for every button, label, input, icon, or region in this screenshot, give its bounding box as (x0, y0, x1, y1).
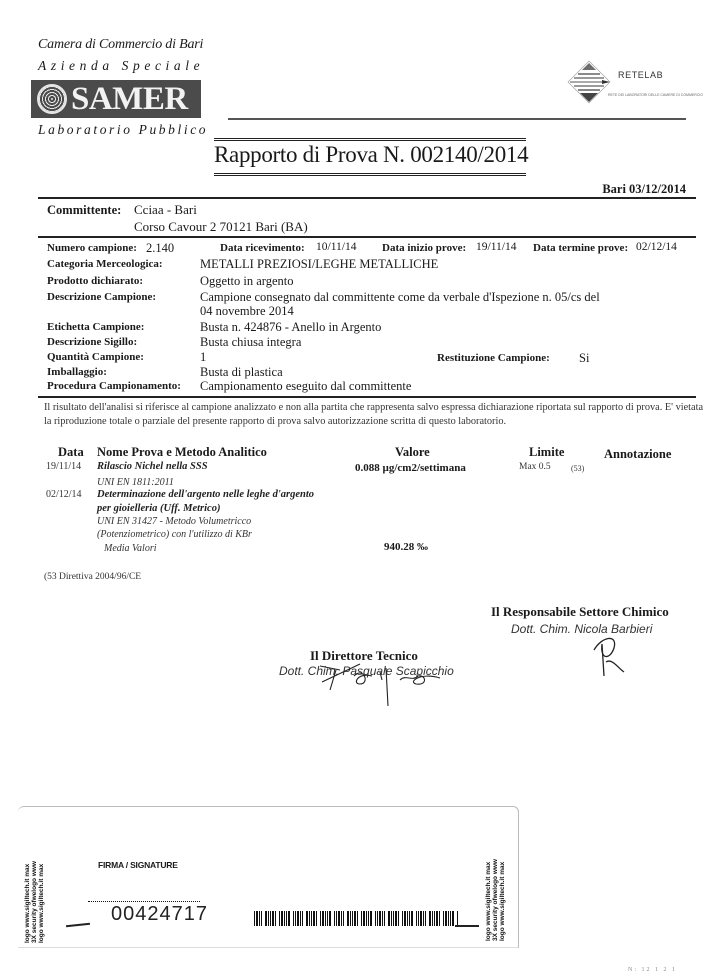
imballaggio-label: Imballaggio: (47, 366, 107, 378)
signature-line (88, 901, 200, 902)
procedura-label: Procedura Campionamento: (47, 380, 181, 392)
disclaimer-text: Il risultato dell'analisi si riferisce a… (44, 401, 704, 429)
data-ricevimento-label: Data ricevimento: (220, 242, 305, 254)
descrizione-campione-value: Campione consegnato dal committente come… (200, 290, 600, 305)
quantita-value: 1 (200, 350, 206, 365)
security-text-left: logo www.sigiltech.it max 3X security of… (24, 858, 45, 943)
report-place-date: Bari 03/12/2014 (580, 182, 686, 197)
data-ricevimento-value: 10/11/14 (316, 241, 356, 253)
result-row-1-limite: Max 0.5 (519, 462, 551, 472)
prodotto-value: Oggetto in argento (200, 274, 294, 289)
restituzione-value: Si (579, 351, 589, 366)
sigillo-label: Descrizione Sigillo: (47, 336, 137, 348)
result-row-1-name: Rilascio Nichel nella SSS (97, 461, 208, 472)
data-termine-value: 02/12/14 (636, 241, 677, 253)
retelab-subtitle: RETE DEI LABORATORI DELLE CAMERE DI COMM… (608, 93, 703, 97)
round-seal-icon (37, 84, 67, 114)
org-line-camera-commercio: Camera di Commercio di Bari (38, 37, 203, 53)
security-text-line: logo www.sigiltech.it max (24, 864, 31, 943)
security-text-line: logo www.sigiltech.it max (485, 862, 492, 941)
result-row-2-method: UNI EN 31427 - Metodo Volumetricco (97, 516, 251, 527)
footnote-directive: (53 Direttiva 2004/96/CE (44, 572, 141, 582)
samer-brand-text: SAMER (71, 80, 188, 118)
samer-logo: SAMER (31, 80, 201, 118)
data-inizio-value: 19/11/14 (476, 241, 516, 253)
imballaggio-value: Busta di plastica (200, 365, 283, 380)
signature-field-label: FIRMA / SIGNATURE (98, 860, 178, 870)
col-header-data: Data (58, 445, 84, 460)
procedura-value: Campionamento eseguito dal committente (200, 379, 411, 394)
seal-serial-number: 00424717 (111, 903, 208, 926)
diamond-stripes-icon (566, 59, 612, 105)
categoria-label: Categoria Merceologica: (47, 258, 163, 270)
security-text-line: logo www.sigiltech.it max (499, 862, 506, 941)
result-row-2-name-line2: per gioielleria (Uff. Metrico) (97, 503, 220, 514)
security-seal-strip (18, 806, 519, 948)
committente-label: Committente: (47, 203, 121, 218)
page-code: N: 12 1 2 1 (628, 967, 677, 973)
retelab-name: RETELAB (618, 70, 663, 80)
numero-campione-value: 2.140 (146, 241, 174, 256)
header-divider (228, 118, 686, 120)
etichetta-value: Busta n. 424876 - Anello in Argento (200, 320, 381, 335)
col-header-valore: Valore (395, 445, 430, 460)
numero-campione-label: Numero campione: (47, 242, 137, 254)
org-line-laboratorio: Laboratorio Pubblico (38, 122, 208, 138)
col-header-nome-prova: Nome Prova e Metodo Analitico (97, 445, 267, 460)
result-row-2-valore: 940.28 ‰ (384, 541, 428, 553)
security-text-right: logo www.sigiltech.it max 3X security of… (485, 856, 506, 941)
chimico-signatory-title: Il Responsabile Settore Chimico (491, 604, 669, 620)
committente-name: Cciaa - Bari (134, 202, 197, 218)
data-inizio-label: Data inizio prove: (382, 242, 466, 254)
result-row-2-name: Determinazione dell'argento nelle leghe … (97, 489, 314, 500)
prodotto-label: Prodotto dichiarato: (47, 275, 143, 287)
result-row-1-date: 19/11/14 (46, 461, 81, 472)
result-row-2-method-line2: (Potenziometrico) con l'utilizzo di KBr (97, 529, 252, 540)
result-row-1-note-ref: (53) (571, 464, 584, 473)
org-line-azienda-speciale: Azienda Speciale (38, 58, 204, 74)
result-row-2-sub-label: Media Valori (104, 543, 157, 554)
result-row-1-method: UNI EN 1811:2011 (97, 477, 174, 488)
descrizione-campione-label: Descrizione Campione: (47, 291, 156, 303)
result-row-2-date: 02/12/14 (46, 489, 82, 500)
barcode (254, 911, 458, 926)
divider (455, 925, 479, 927)
report-title: Rapporto di Prova N. 002140/2014 (214, 142, 526, 168)
security-text-line: 3X security ofwelogo www (492, 859, 499, 941)
direttore-signature-mark (300, 660, 460, 706)
divider (38, 197, 696, 199)
divider (38, 396, 696, 398)
divider (38, 236, 696, 238)
quantita-label: Quantità Campione: (47, 351, 144, 363)
sigillo-value: Busta chiusa integra (200, 335, 301, 350)
descrizione-campione-value-line2: 04 novembre 2014 (200, 304, 294, 319)
restituzione-label: Restituzione Campione: (437, 352, 550, 364)
etichetta-label: Etichetta Campione: (47, 321, 144, 333)
chimico-signature-mark (588, 632, 634, 680)
security-text-line: logo www.sigiltech.it max (38, 864, 45, 943)
data-termine-label: Data termine prove: (533, 242, 628, 254)
categoria-value: METALLI PREZIOSI/LEGHE METALLICHE (200, 257, 438, 272)
result-row-1-valore: 0.088 µg/cm2/settimana (355, 462, 466, 474)
col-header-annotazione: Annotazione (604, 447, 671, 462)
security-text-line: 3X security ofwelogo www (31, 861, 38, 943)
col-header-limite: Limite (529, 445, 564, 460)
committente-address: Corso Cavour 2 70121 Bari (BA) (134, 219, 308, 235)
